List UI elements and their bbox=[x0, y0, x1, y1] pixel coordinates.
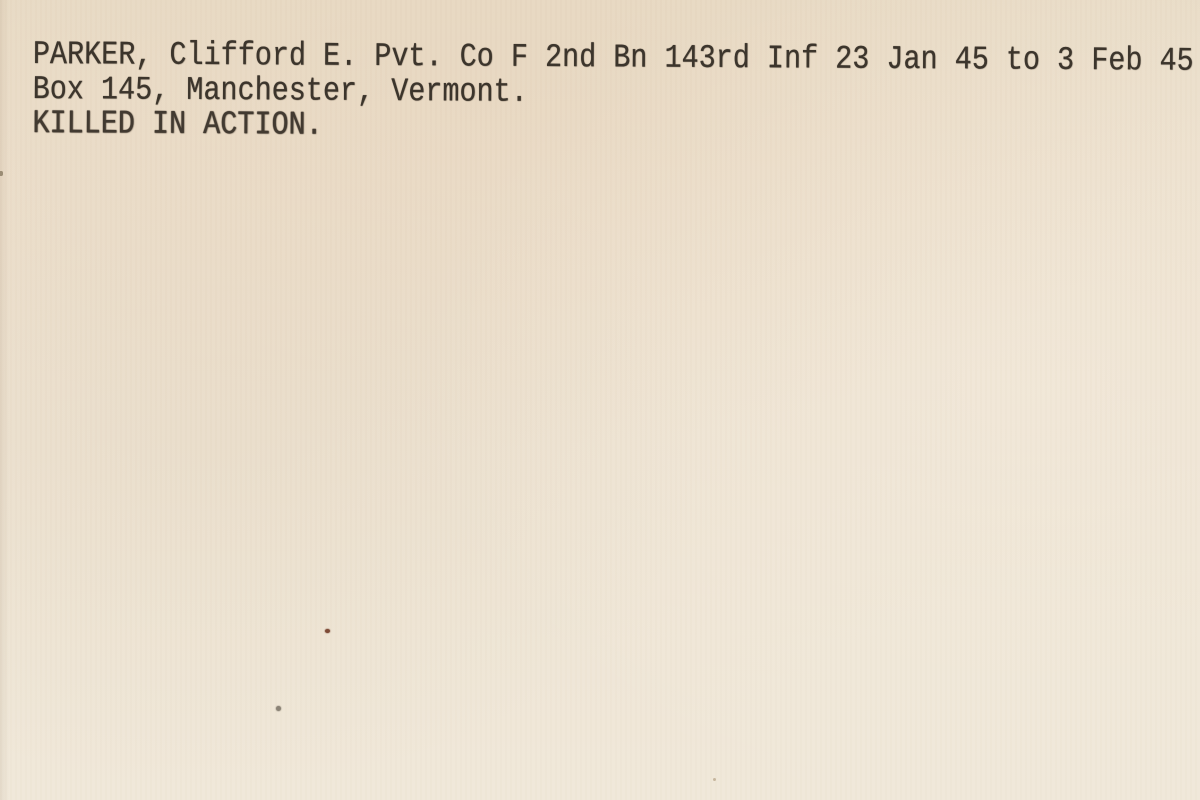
scanned-card: PARKER, Clifford E. Pvt. Co F 2nd Bn 143… bbox=[0, 0, 1200, 800]
typewritten-text-block: PARKER, Clifford E. Pvt. Co F 2nd Bn 143… bbox=[32, 38, 1200, 149]
faint-speck bbox=[713, 778, 716, 781]
dust-speck-gray bbox=[276, 706, 281, 711]
ink-speck-brown bbox=[325, 629, 330, 633]
card-line-status: KILLED IN ACTION. bbox=[32, 107, 1193, 148]
edge-speck bbox=[0, 171, 3, 176]
